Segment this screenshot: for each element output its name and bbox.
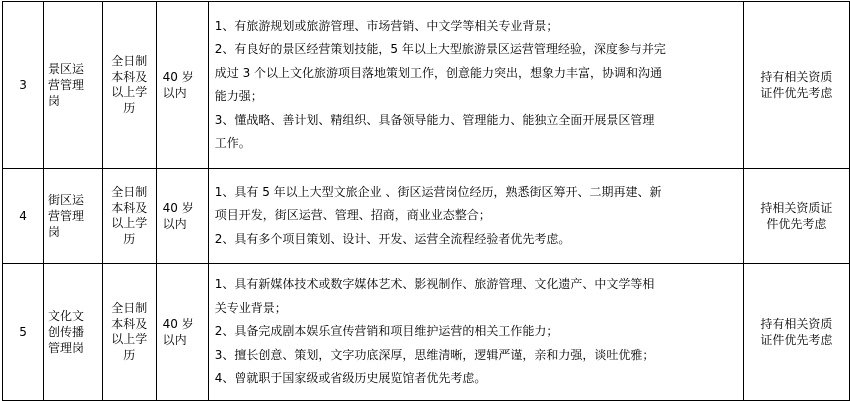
education-requirement: 全日制 本科及 以上学 历 bbox=[102, 169, 156, 264]
job-requirements-table: 3 景区运 营管理 岗 全日制 本科及 以上学 历 40 岁 以内 1、有旅游规… bbox=[2, 1, 850, 401]
remarks: 持有相关资质 证件优先考虑 bbox=[743, 2, 849, 169]
job-requirements: 1、有旅游规划或旅游管理、市场营销、中文学等相关专业背景； 2、有良好的景区经营… bbox=[208, 2, 743, 169]
requirement-line: 3、懂战略、善计划、精组织、具备领导能力、管理能力、能独立全面开展景区管理 bbox=[215, 109, 737, 133]
requirement-line: 能力强； bbox=[215, 85, 737, 109]
position-title: 文化文 创传播 管理岗 bbox=[44, 264, 103, 401]
requirement-line: 4、曾就职于国家级或省级历史展览馆者优先考虑。 bbox=[215, 367, 737, 391]
requirement-line: 3、擅长创意、策划，文字功底深厚，思维清晰，逻辑严谨，亲和力强，谈吐优雅； bbox=[215, 344, 737, 368]
position-title: 景区运 营管理 岗 bbox=[44, 2, 103, 169]
age-requirement: 40 岁 以内 bbox=[156, 264, 208, 401]
requirement-line: 项目开发，街区运营、管理、招商，商业业态整合； bbox=[215, 204, 737, 228]
requirement-line: 2、具备完成剧本娱乐宣传营销和项目维护运营的相关工作能力； bbox=[215, 320, 737, 344]
requirement-line: 1、有旅游规划或旅游管理、市场营销、中文学等相关专业背景； bbox=[215, 15, 737, 39]
age-requirement: 40 岁 以内 bbox=[156, 2, 208, 169]
job-requirements: 1、具有 5 年以上大型文旅企业 、街区运营岗位经历，熟悉街区筹开、二期再建、新… bbox=[208, 169, 743, 264]
requirement-line: 关专业背景； bbox=[215, 297, 737, 321]
age-requirement: 40 岁 以内 bbox=[156, 169, 208, 264]
requirement-line: 2、有良好的景区经营策划技能，5 年以上大型旅游景区运营管理经验，深度参与并完 bbox=[215, 38, 737, 62]
table-row: 5 文化文 创传播 管理岗 全日制 本科及 以上学 历 40 岁 以内 1、具有… bbox=[3, 264, 850, 401]
education-requirement: 全日制 本科及 以上学 历 bbox=[102, 2, 156, 169]
requirement-line: 工作。 bbox=[215, 132, 737, 156]
row-number: 4 bbox=[3, 169, 44, 264]
row-number: 5 bbox=[3, 264, 44, 401]
remarks: 持相关资质证 件优先考虑 bbox=[743, 169, 849, 264]
job-requirements: 1、具有新媒体技术或数字媒体艺术、影视制作、旅游管理、文化遗产、中文学等相 关专… bbox=[208, 264, 743, 401]
position-title: 街区运 营管理 岗 bbox=[44, 169, 103, 264]
requirement-line: 1、具有 5 年以上大型文旅企业 、街区运营岗位经历，熟悉街区筹开、二期再建、新 bbox=[215, 181, 737, 205]
table-row: 4 街区运 营管理 岗 全日制 本科及 以上学 历 40 岁 以内 1、具有 5… bbox=[3, 169, 850, 264]
remarks: 持有相关资质 证件优先考虑 bbox=[743, 264, 849, 401]
row-number: 3 bbox=[3, 2, 44, 169]
table-row: 3 景区运 营管理 岗 全日制 本科及 以上学 历 40 岁 以内 1、有旅游规… bbox=[3, 2, 850, 169]
requirement-line: 1、具有新媒体技术或数字媒体艺术、影视制作、旅游管理、文化遗产、中文学等相 bbox=[215, 273, 737, 297]
requirement-line: 2、具有多个项目策划、设计、开发、运营全流程经验者优先考虑。 bbox=[215, 228, 737, 252]
education-requirement: 全日制 本科及 以上学 历 bbox=[102, 264, 156, 401]
requirement-line: 成过 3 个以上文化旅游项目落地策划工作，创意能力突出，想象力丰富，协调和沟通 bbox=[215, 62, 737, 86]
